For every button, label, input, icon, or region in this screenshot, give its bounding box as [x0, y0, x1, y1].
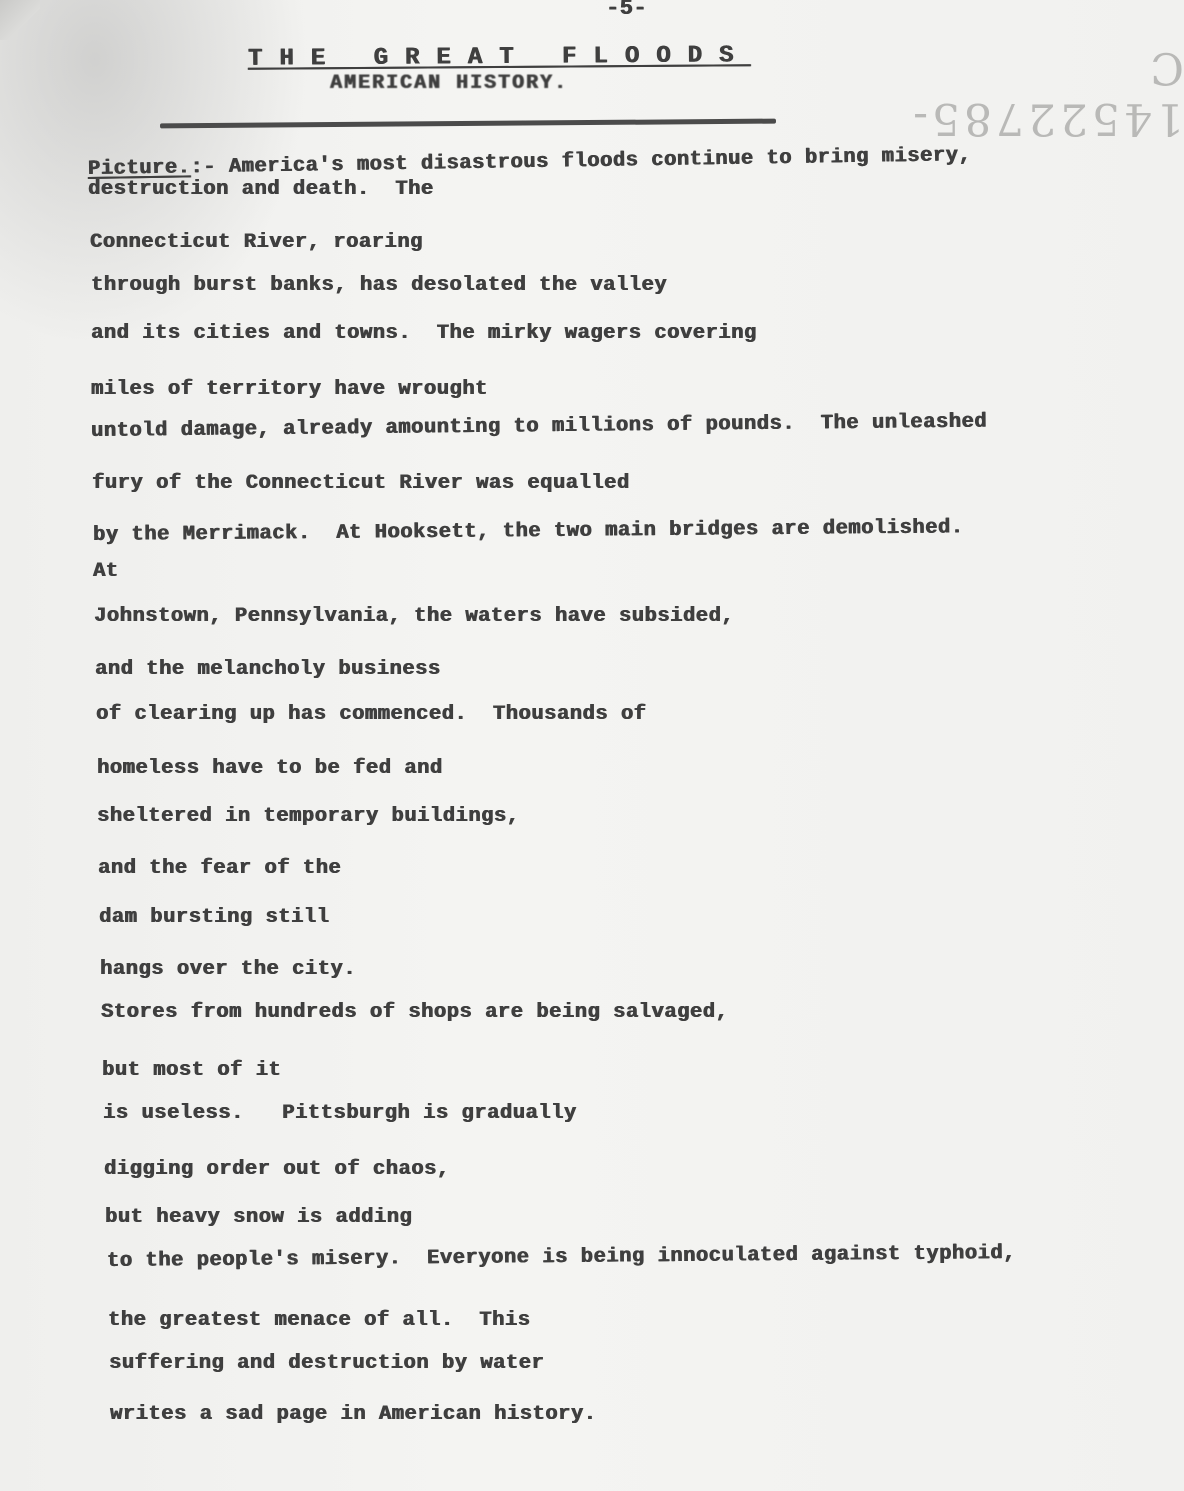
body-line: writes a sad page in American history.	[110, 1403, 596, 1426]
body-line: untold damage, already amounting to mill…	[91, 411, 987, 443]
body-line: of clearing up has commenced. Thousands …	[96, 703, 647, 726]
body-line: Johnstown, Pennsylvania, the waters have…	[94, 605, 734, 628]
body-line: digging order out of chaos,	[104, 1158, 450, 1181]
body-line: dam bursting still	[99, 906, 329, 929]
folded-corner	[0, 0, 40, 40]
body-line: but heavy snow is adding	[105, 1206, 412, 1229]
body-line: hangs over the city.	[100, 958, 356, 981]
body-line: fury of the Connecticut River was equall…	[92, 472, 630, 495]
body-line: sheltered in temporary buildings,	[97, 805, 519, 828]
body-line: Stores from hundreds of shops are being …	[101, 1001, 728, 1024]
body-line: is useless. Pittsburgh is gradually	[103, 1102, 577, 1125]
body-line: Picture.:- America's most disastrous flo…	[88, 144, 972, 181]
title-rule-divider	[160, 119, 776, 129]
body-line: and the melancholy business	[95, 658, 441, 681]
body-line: homeless have to be fed and	[97, 757, 443, 780]
body-line: by the Merrimack. At Hooksett, the two m…	[93, 516, 964, 547]
body-line: Connecticut River, roaring	[90, 231, 423, 254]
body-line: destruction and death. The	[88, 178, 434, 201]
body-line: through burst banks, has desolated the v…	[91, 274, 667, 297]
handwritten-reference-number: 14522785-C	[898, 42, 1184, 144]
body-line: and its cities and towns. The mirky wage…	[91, 322, 757, 345]
body-line: and the fear of the	[98, 857, 341, 880]
body-line: suffering and destruction by water	[109, 1352, 544, 1375]
body-line: At	[93, 560, 119, 583]
body-line: to the people's misery. Everyone is bein…	[107, 1242, 1016, 1273]
document-subtitle: AMERICAN HISTORY.	[330, 72, 568, 95]
document-title: THE GREAT FLOODS	[248, 42, 751, 73]
body-line: miles of territory have wrought	[91, 378, 488, 401]
page-number: -5-	[606, 0, 647, 21]
scanned-page: -5- THE GREAT FLOODS AMERICAN HISTORY. 1…	[0, 0, 1184, 1491]
body-line: but most of it	[102, 1059, 281, 1082]
body-line: the greatest menace of all. This	[108, 1309, 530, 1332]
